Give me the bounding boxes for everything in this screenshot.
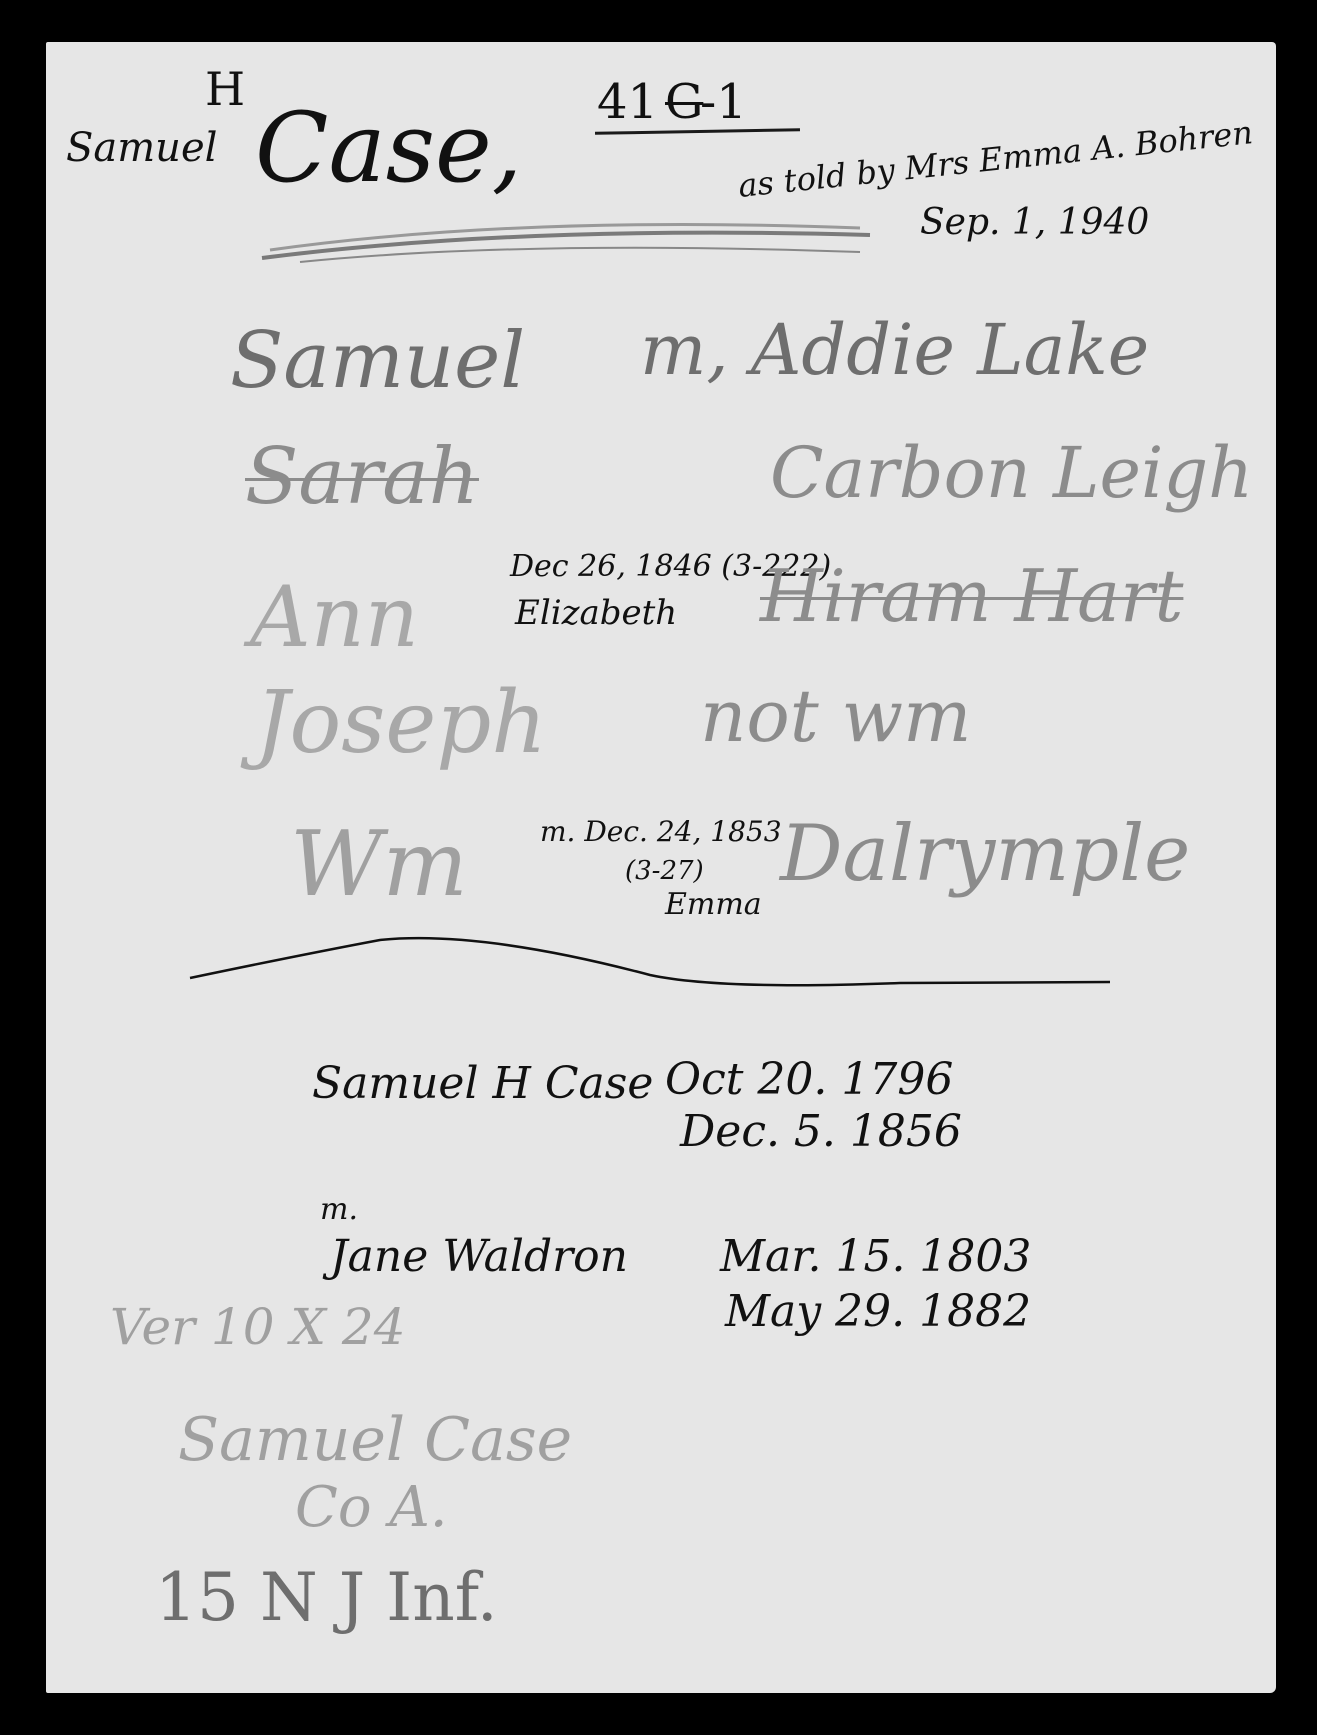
vitals-spouse: Jane Waldron [330, 1235, 628, 1279]
vitals-married-label: m. [320, 1195, 358, 1225]
vitals-spouse-birth: Mar. 15. 1803 [720, 1235, 1031, 1279]
vitals-spouse-death: May 29. 1882 [725, 1290, 1031, 1334]
footer-line-1: Ver 10 X 24 [110, 1302, 406, 1352]
vitals-subject: Samuel H Case [312, 1062, 653, 1106]
vitals-birth: Oct 20. 1796 [665, 1058, 953, 1102]
footer-line-3: Co A. [295, 1480, 448, 1536]
footer-line-2: Samuel Case [178, 1410, 572, 1470]
vitals-death: Dec. 5. 1856 [680, 1110, 962, 1154]
footer-line-4: 15 N J Inf. [155, 1565, 498, 1631]
